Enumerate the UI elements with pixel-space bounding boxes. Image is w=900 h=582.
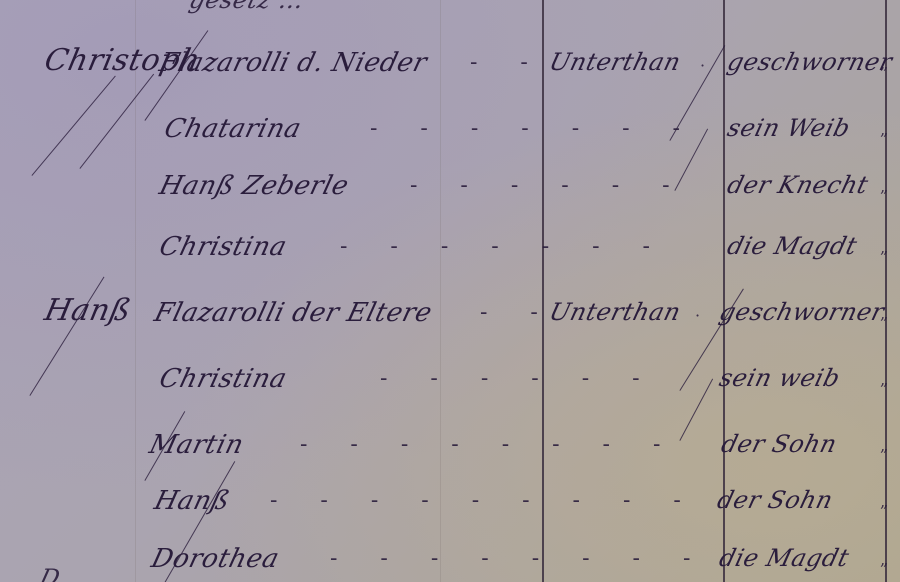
register-row: Christina - - - - - - sein weib „ <box>0 358 900 398</box>
ditto-mark: „ <box>880 122 889 138</box>
ditto-mark: „ <box>880 438 889 454</box>
register-row: Chatarina - - - - - - - sein Weib „ <box>0 108 900 148</box>
entry-relation: der Sohn <box>719 432 839 456</box>
ditto-mark: „ <box>880 179 889 195</box>
entry-relation: geschworner <box>725 50 895 74</box>
register-page: gesetz … Christoph Flazarolli d. Nieder … <box>0 0 900 582</box>
ditto-mark: „ <box>880 372 889 388</box>
register-row: Hanß Zeberle - - - - - - der Knecht „ <box>0 165 900 205</box>
entry-relation: sein weib <box>717 366 843 390</box>
entry-name: Dorothea <box>149 546 282 572</box>
register-row: Dorothea - - - - - - - - die Magdt „ <box>0 540 900 580</box>
entry-relation: die Magdt <box>717 546 852 570</box>
filler-dashes: - - - - - - - - - <box>270 490 699 512</box>
entry-name: Chatarina <box>162 116 304 142</box>
entry-name: Hanß <box>152 488 233 514</box>
filler-dashes: - - - - - - - <box>340 236 668 258</box>
entry-name: Martin <box>147 432 247 458</box>
filler-dashes: - - - - - - - <box>370 118 698 140</box>
register-row: Christina - - - - - - - die Magdt „ <box>0 226 900 266</box>
filler-dashes: - - - - - - <box>410 175 688 197</box>
filler-dashes: - - <box>480 302 556 324</box>
filler-dashes: - - - - - - - - <box>330 548 708 570</box>
status-separator: · <box>695 308 701 324</box>
register-row: Christoph Flazarolli d. Nieder - - Unter… <box>0 42 900 82</box>
status-separator: · <box>700 58 706 74</box>
entry-name: Christina <box>157 234 290 260</box>
entry-relation: geschworner <box>717 300 887 324</box>
entry-relation: sein Weib <box>725 116 853 140</box>
ditto-mark: „ <box>880 306 889 322</box>
entry-name: Flazarolli der Eltere <box>152 300 435 326</box>
bottom-partial-line: D… <box>37 566 87 582</box>
entry-status: Unterthan <box>547 300 683 324</box>
register-row: Martin - - - - - - - - der Sohn „ <box>0 424 900 464</box>
register-row: Hanß Flazarolli der Eltere - - Unterthan… <box>0 292 900 332</box>
ditto-mark: „ <box>880 494 889 510</box>
register-row: Hanß - - - - - - - - - der Sohn „ <box>0 480 900 520</box>
ditto-mark: „ <box>880 552 889 568</box>
filler-dashes: - - - - - - - - <box>300 434 678 456</box>
ditto-mark: „ <box>880 240 889 256</box>
top-partial-line: gesetz … <box>187 0 307 12</box>
ditto-mark: „ <box>880 56 889 72</box>
entry-relation: der Sohn <box>715 488 835 512</box>
entry-status: Unterthan <box>547 50 683 74</box>
entry-relation: die Magdt <box>725 234 860 258</box>
entry-relation: der Knecht <box>725 173 871 197</box>
entry-name: Christina <box>157 366 290 392</box>
entry-name: Flazarolli d. Nieder <box>157 50 430 76</box>
entry-name: Hanß Zeberle <box>157 173 352 199</box>
filler-dashes: - - - - - - <box>380 368 658 390</box>
filler-dashes: - - <box>470 52 546 74</box>
